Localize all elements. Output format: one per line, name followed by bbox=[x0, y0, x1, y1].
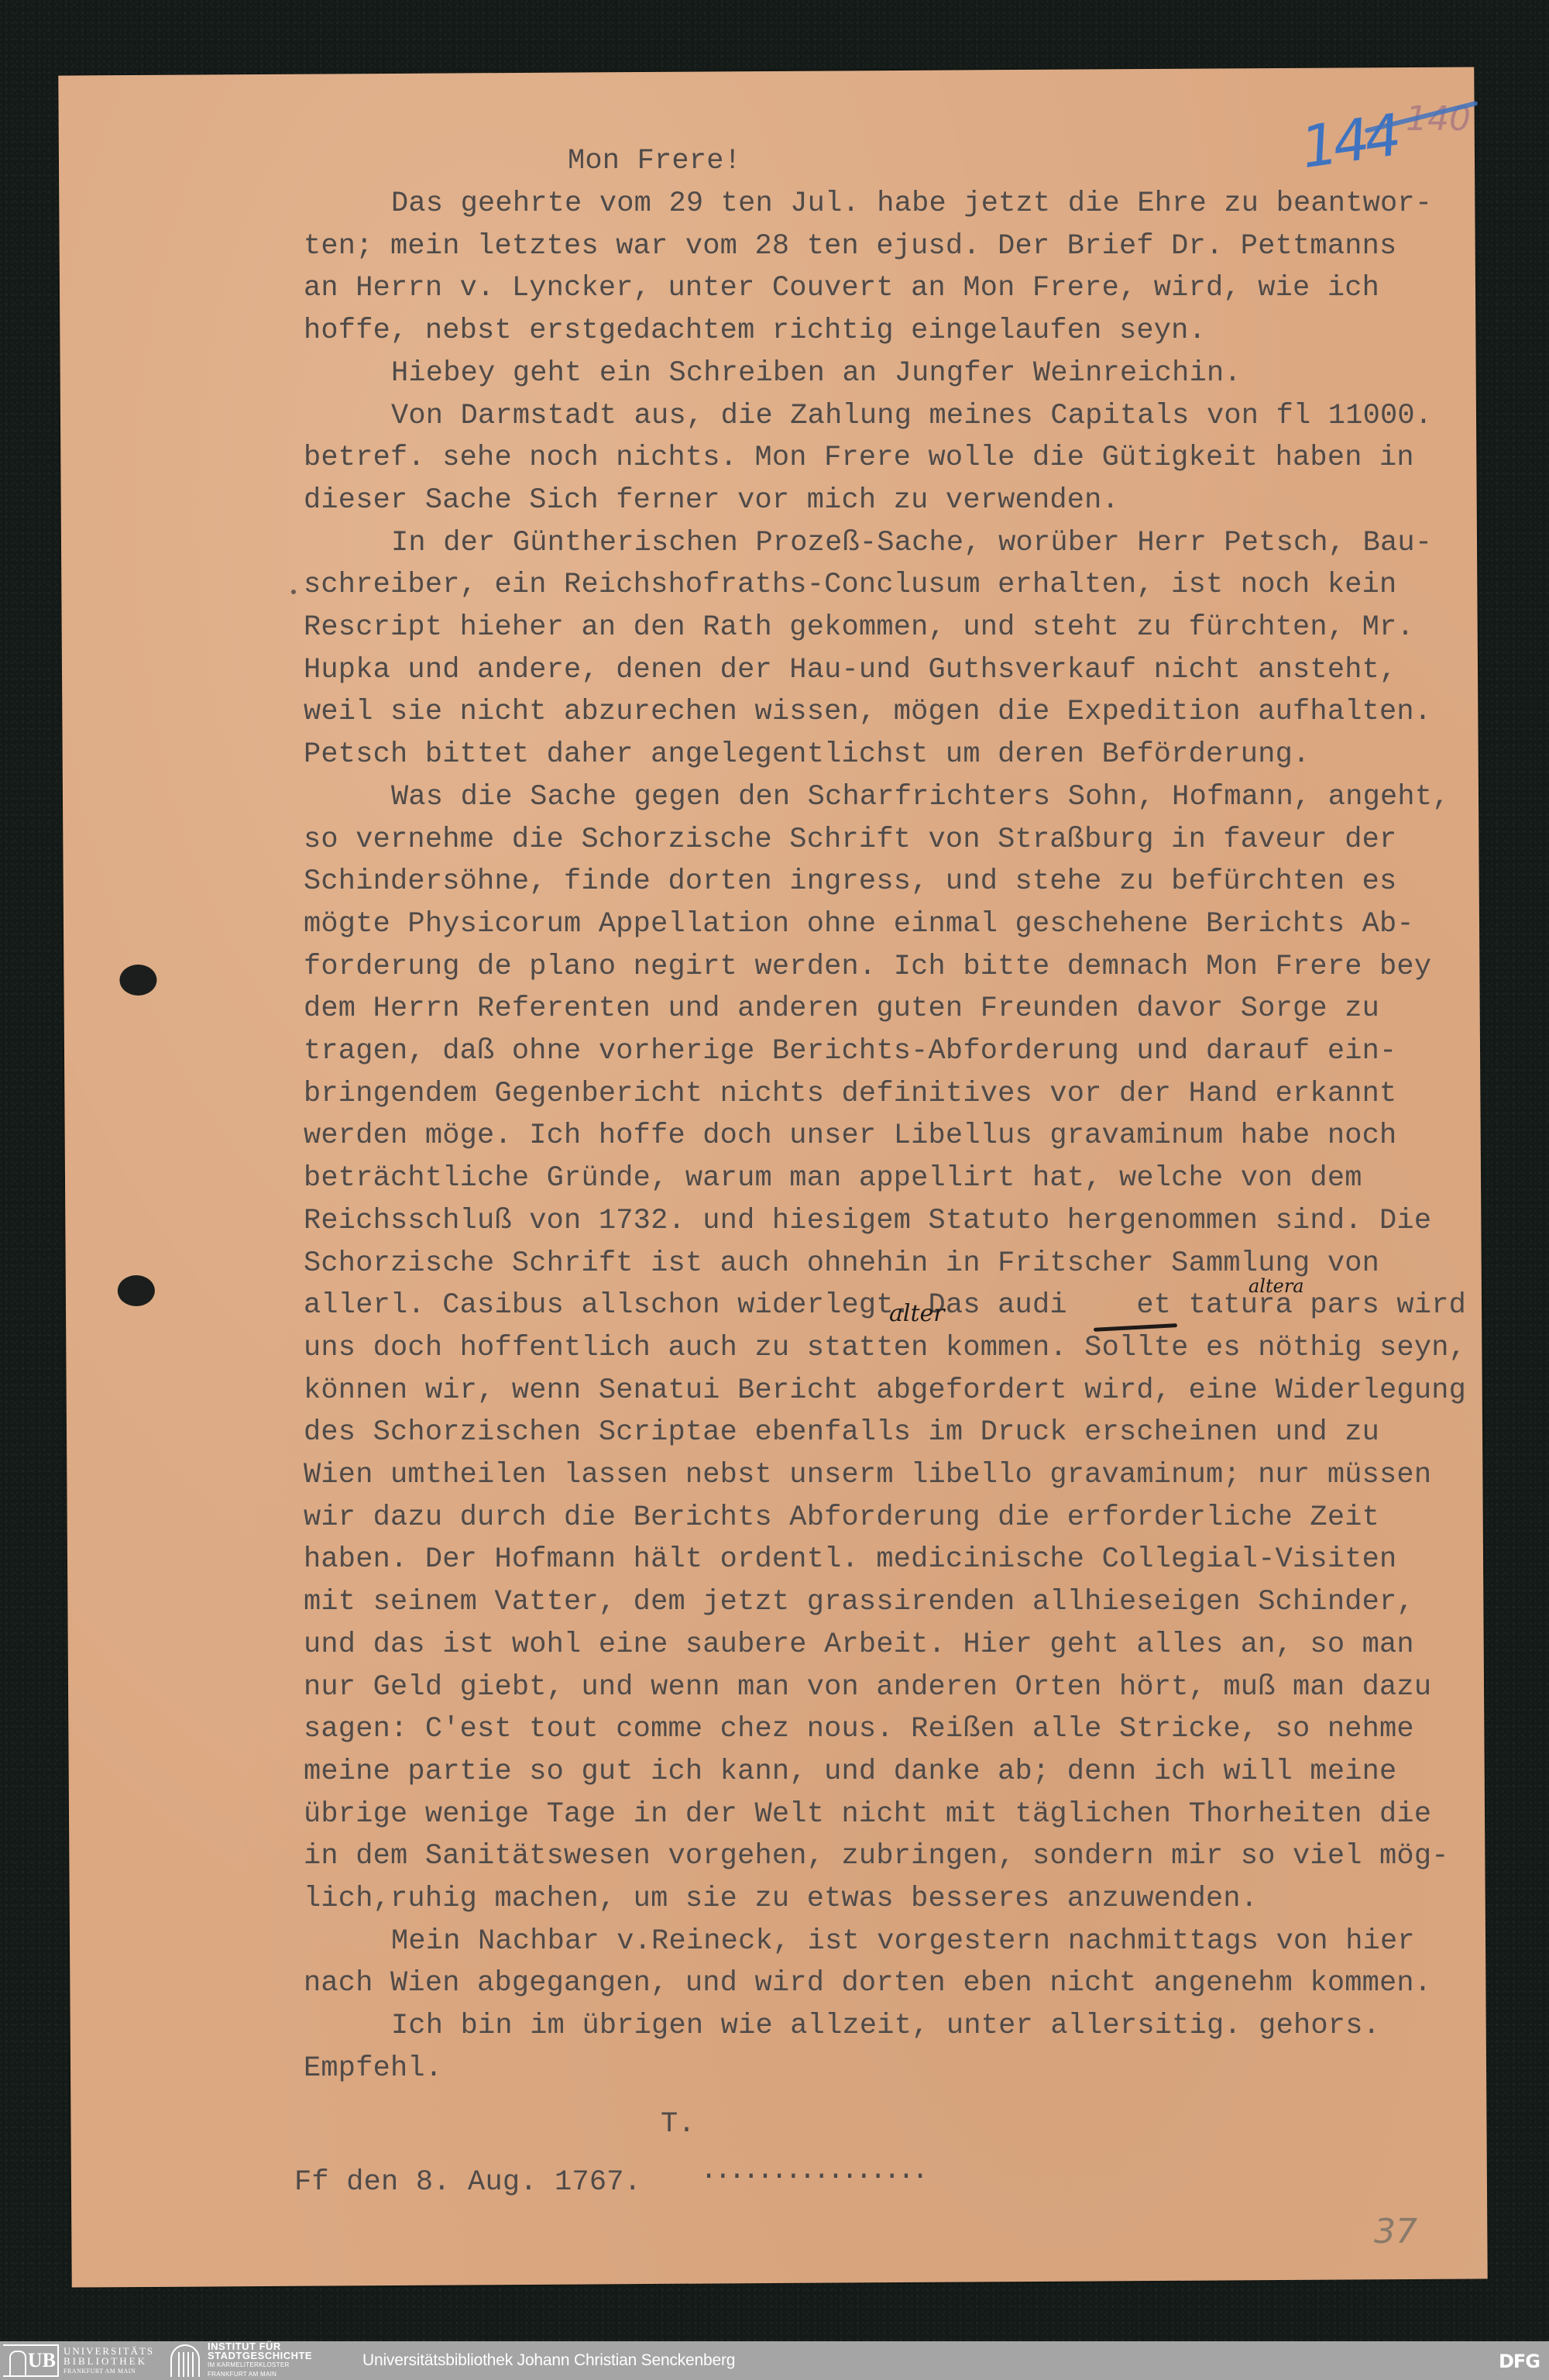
letter-line: weil sie nicht abzurechen wissen, mögen … bbox=[304, 696, 1431, 727]
letter-line: schreiber, ein Reichshofraths-Conclusum … bbox=[304, 569, 1396, 600]
portrait-icon bbox=[9, 2351, 26, 2377]
letter-line: in dem Sanitätswesen vorgehen, zubringen… bbox=[304, 1841, 1449, 1872]
letter-line: Reichsschluß von 1732. und hiesigem Stat… bbox=[304, 1205, 1431, 1236]
letter-line: an Herrn v. Lyncker, unter Couvert an Mo… bbox=[304, 273, 1379, 304]
ub-logo[interactable]: UB UNIVERSITÄTS BIBLIOTHEK FRANKFURT AM … bbox=[3, 2344, 154, 2378]
letter-line: so vernehme die Schorzische Schrift von … bbox=[304, 824, 1396, 855]
handwritten-correction-above: altera bbox=[1248, 1275, 1304, 1297]
letter-line: dieser Sache Sich ferner vor mich zu ver… bbox=[304, 485, 1119, 516]
letter-line: Rescript hieher an den Rath gekommen, un… bbox=[304, 612, 1414, 643]
punch-hole-top bbox=[119, 965, 156, 996]
letter-line: und das ist wohl eine saubere Arbeit. Hi… bbox=[304, 1629, 1414, 1660]
letter-line: Empfehl. bbox=[304, 2053, 442, 2084]
letter-line: bringendem Gegenbericht nichts definitiv… bbox=[304, 1078, 1396, 1109]
library-name: Universitätsbibliothek Johann Christian … bbox=[362, 2351, 735, 2370]
letter-line: tragen, daß ohne vorherige Berichts-Abfo… bbox=[304, 1036, 1396, 1067]
letter-line: nur Geld giebt, und wenn man von anderen… bbox=[304, 1672, 1431, 1703]
dateline: Ff den 8. Aug. 1767. bbox=[294, 2167, 641, 2198]
salutation: Mon Frere! bbox=[568, 146, 741, 177]
letter-line: mit seinem Vatter, dem jetzt grassirende… bbox=[304, 1587, 1414, 1618]
punch-hole-bottom bbox=[118, 1275, 155, 1306]
isg-logo[interactable]: INSTITUT FÜR STADTGESCHICHTE IM KARMELIT… bbox=[170, 2344, 312, 2378]
letter-line: des Schorzischen Scriptae ebenfalls im D… bbox=[304, 1417, 1379, 1448]
margin-mark bbox=[291, 590, 296, 594]
letter-line: dem Herrn Referenten und anderen guten F… bbox=[304, 993, 1379, 1024]
letter-line: haben. Der Hofmann hält ordentl. medicin… bbox=[304, 1544, 1396, 1575]
letter-line: Hiebey geht ein Schreiben an Jungfer Wei… bbox=[391, 358, 1242, 389]
letter-line: werden möge. Ich hoffe doch unser Libell… bbox=[304, 1120, 1396, 1151]
handwritten-correction: alter bbox=[889, 1300, 945, 1327]
letter-line: nach Wien abgegangen, und wird dorten eb… bbox=[304, 1968, 1431, 1999]
dotted-leader: ................ bbox=[700, 2155, 926, 2186]
letter-line: Was die Sache gegen den Scharfrichters S… bbox=[391, 782, 1450, 813]
ub-logo-text: UNIVERSITÄTS BIBLIOTHEK FRANKFURT AM MAI… bbox=[64, 2346, 154, 2376]
letter-line: wir dazu durch die Berichts Abforderung … bbox=[304, 1502, 1379, 1533]
letter-line: uns doch hoffentlich auch zu statten kom… bbox=[304, 1333, 1466, 1364]
letter-line: betref. sehe noch nichts. Mon Frere woll… bbox=[304, 442, 1414, 473]
letter-line: hoffe, nebst erstgedachtem richtig einge… bbox=[304, 315, 1206, 346]
letter-line: mögte Physicorum Appellation ohne einmal… bbox=[304, 909, 1414, 940]
letter-line: können wir, wenn Senatui Bericht abgefor… bbox=[304, 1375, 1466, 1406]
ub-logo-mark: UB bbox=[3, 2344, 59, 2377]
letter-line: Petsch bittet daher angelegentlichst um … bbox=[304, 739, 1310, 770]
letter-line: Das geehrte vom 29 ten Jul. habe jetzt d… bbox=[391, 188, 1432, 219]
letter-line: lich,ruhig machen, um sie zu etwas besse… bbox=[304, 1883, 1258, 1914]
letter-line: Wien umtheilen lassen nebst unserm libel… bbox=[304, 1460, 1431, 1491]
page-number: 37 bbox=[1374, 2212, 1417, 2251]
signature: T. bbox=[661, 2109, 696, 2140]
dfg-logo[interactable]: DFG bbox=[1499, 2351, 1540, 2372]
isg-logo-text: INSTITUT FÜR STADTGESCHICHTE IM KARMELIT… bbox=[208, 2342, 312, 2379]
letter-line: In der Güntherischen Prozeß-Sache, worüb… bbox=[391, 528, 1432, 559]
arch-icon bbox=[170, 2344, 200, 2377]
letter-line: Schindersöhne, finde dorten ingress, und… bbox=[304, 866, 1396, 897]
letter-line: Von Darmstadt aus, die Zahlung meines Ca… bbox=[391, 401, 1432, 432]
letter-line: ten; mein letztes war vom 28 ten ejusd. … bbox=[304, 231, 1396, 262]
letter-line: Schorzische Schrift ist auch ohnehin in … bbox=[304, 1248, 1379, 1279]
letter-line: meine partie so gut ich kann, und danke … bbox=[304, 1756, 1396, 1787]
footer-bar: UB UNIVERSITÄTS BIBLIOTHEK FRANKFURT AM … bbox=[0, 2341, 1549, 2380]
letter-line: sagen: C'est tout comme chez nous. Reiße… bbox=[304, 1714, 1414, 1745]
letter-line: beträchtliche Gründe, warum man appellir… bbox=[304, 1163, 1362, 1194]
letter-line: Hupka und andere, denen der Hau-und Guth… bbox=[304, 655, 1396, 686]
letter-line: Ich bin im übrigen wie allzeit, unter al… bbox=[391, 2010, 1380, 2041]
letter-line: forderung de plano negirt werden. Ich bi… bbox=[304, 951, 1431, 982]
letter-line: übrige wenige Tage in der Welt nicht mit… bbox=[304, 1799, 1431, 1830]
letter-line: Mein Nachbar v.Reineck, ist vorgestern n… bbox=[391, 1926, 1415, 1957]
folio-number: 144 bbox=[1297, 102, 1401, 181]
